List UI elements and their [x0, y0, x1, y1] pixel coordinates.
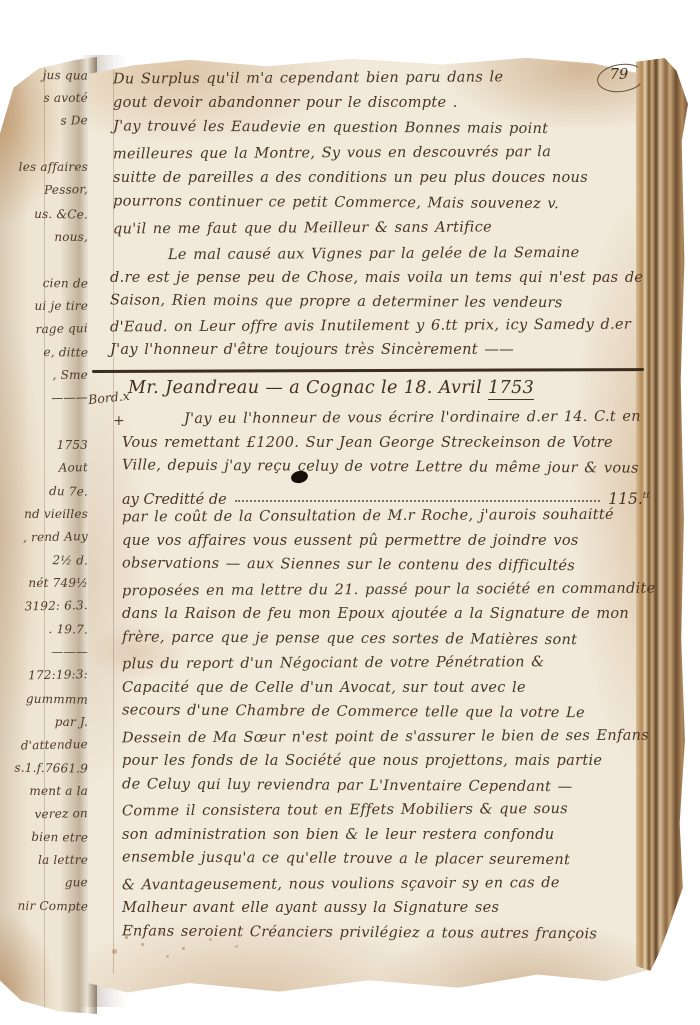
manuscript-line: son administration son bien & le leur re… [122, 827, 650, 852]
manuscript-line: Vous remettant £1200. Sur Jean George St… [122, 435, 650, 460]
manuscript-line: Enfans seroient Créanciers privilégiez a… [122, 923, 650, 951]
manuscript-line: & Avantageusement, nous voulions sçavoir… [122, 874, 650, 901]
letter-body: J'ay eu l'honneur de vous écrire l'ordin… [122, 410, 650, 949]
manuscript-line: dans la Raison de feu mon Epoux ajoutée … [122, 606, 650, 631]
fragment-line: Pessor, [2, 183, 88, 208]
fragment-line: nir Compte [2, 899, 88, 923]
letter-recipient: Mr. Jeandreau — [128, 378, 283, 398]
manuscript-line: J'ay l'honneur d'être toujours très Sinc… [110, 342, 643, 366]
manuscript-line: de Celuy qui luy reviendra par L'Inventa… [122, 776, 650, 804]
manuscript-line: ensemble jusqu'a ce qu'elle trouve a le … [122, 849, 650, 877]
foxing-speckles [125, 936, 128, 939]
left-page-text-fragments: jus quas avotés Deles affairesPessor,us.… [2, 68, 88, 922]
fragment-line: nét 749½ [2, 576, 88, 599]
fragment-line: cien de [2, 275, 88, 299]
manuscript-line: pourrons continuer ce petit Commerce, Ma… [113, 193, 643, 221]
manuscript-line: plus du report d'un Négociant de votre P… [122, 654, 650, 681]
manuscript-line: frère, parce que je pense que ces sortes… [122, 629, 650, 657]
fragment-line: s.1.f.7661.9 [2, 760, 88, 784]
manuscript-line: proposées en ma lettre du 21. passé pour… [122, 580, 650, 607]
fragment-line [2, 252, 88, 277]
fragment-line [2, 137, 88, 161]
left-page: jus quas avotés Deles affairesPessor,us.… [0, 57, 97, 1014]
manuscript-line: d'Eaud. on Leur offre avis Inutilement y… [110, 317, 643, 344]
letter-lines-before-amount: J'ay eu l'honneur de vous écrire l'ordin… [122, 410, 650, 484]
letter-heading: Mr. Jeandreau — a Cognac le 18. Avril 17… [128, 378, 643, 398]
manuscript-line: que vos affaires vous eussent pû permett… [122, 533, 650, 558]
fragment-line: e, ditte [2, 345, 88, 369]
fragment-line: la lettre [2, 853, 88, 876]
fragment-line: us. &Ce. [2, 206, 88, 230]
manuscript-line: gout devoir abandonner pour le discompte… [113, 95, 643, 120]
manuscript-line: J'ay trouvé les Eaudevie en question Bon… [113, 118, 643, 146]
fragment-line [2, 414, 88, 438]
fragment-line: ——— [2, 645, 88, 668]
manuscript-line: Capacité que de Celle d'un Avocat, sur t… [122, 680, 650, 705]
fragment-line: . 19.7. [2, 622, 88, 646]
manuscript-line: observations — aux Siennes sur le conten… [122, 555, 650, 583]
manuscript-line: qu'il ne me faut que du Meilleur & sans … [113, 219, 643, 247]
fragment-line: 2½ d. [2, 552, 88, 576]
letter-place-date: a Cognac le 18. Avril [283, 378, 488, 398]
fragment-line: nd vieilles [2, 507, 88, 530]
credit-amount: 115.tt [608, 490, 650, 508]
fragment-line: nous, [2, 230, 88, 253]
fragment-line: ment a la [2, 784, 88, 807]
fragment-line: 3192: 6.3. [2, 598, 88, 623]
letter-year: 1753 [488, 378, 534, 400]
fragment-line: , rend Auy [2, 529, 88, 554]
fragment-line: rage qui [2, 321, 88, 346]
manuscript-line: par le coût de la Consultation de M.r Ro… [122, 507, 650, 534]
manuscript-line: meilleures que la Montre, Sy vous en des… [113, 144, 643, 172]
paragraph-surplus: Du Surplus qu'il m'a cependant bien paru… [113, 70, 643, 245]
fragment-line: s De [2, 113, 88, 138]
manuscript-line: Ville, depuis j'ay reçu celuy de votre L… [122, 457, 650, 485]
fragment-line: 1753 [2, 438, 88, 461]
manuscript-line: suitte de pareilles a des conditions un … [113, 170, 643, 195]
fragment-line: jus qua [2, 67, 88, 91]
fragment-line: les affaires [2, 160, 88, 183]
manuscript-photo: jus quas avotés Deles affairesPessor,us.… [0, 0, 700, 1025]
manuscript-line: Du Surplus qu'il m'a cependant bien paru… [113, 69, 643, 97]
fragment-line: ——— [2, 390, 88, 415]
fragment-line: ui je tire [2, 299, 88, 322]
fragment-line: s avoté [2, 91, 88, 114]
manuscript-line: Le mal causé aux Vignes par la gelée de … [110, 245, 643, 272]
manuscript-line: Comme il consistera tout en Effets Mobil… [122, 801, 650, 828]
fragment-line: par J. [2, 715, 88, 738]
letter-lines-after-amount: par le coût de la Consultation de M.r Ro… [122, 508, 650, 949]
fragment-line: du 7e. [2, 483, 88, 507]
manuscript-line: secours d'une Chambre de Commerce telle … [122, 702, 650, 730]
manuscript-line: Dessein de Ma Sœur n'est point de s'assu… [122, 727, 650, 754]
credit-prefix: ay Creditté de [122, 492, 227, 508]
fragment-line: 172:19:3: [2, 668, 88, 693]
fragment-line: d'attendue [2, 737, 88, 762]
fragment-line: bien etre [2, 829, 88, 853]
paragraph-vignes: Le mal causé aux Vignes par la gelée de … [110, 246, 643, 366]
fragment-line: gummmm [2, 691, 88, 715]
livres-superscript: tt [643, 491, 650, 501]
fragment-line: gue [2, 875, 88, 900]
manuscript-line: J'ay eu l'honneur de vous écrire l'ordin… [122, 409, 650, 436]
dotted-leader [235, 500, 601, 502]
fragment-line: , Sme [2, 368, 88, 391]
fragment-line: Aout [2, 460, 88, 485]
manuscript-line: Saison, Rien moins que propre a determin… [110, 292, 643, 319]
credit-line: ay Creditté de 115.tt [122, 484, 650, 509]
manuscript-line: pour les fonds de la Société que nous pr… [122, 753, 650, 778]
fragment-line: verez on [2, 806, 88, 831]
manuscript-line: Malheur avant elle ayant aussy la Signat… [122, 900, 650, 925]
manuscript-line: d.re est je pense peu de Chose, mais voi… [110, 270, 643, 294]
